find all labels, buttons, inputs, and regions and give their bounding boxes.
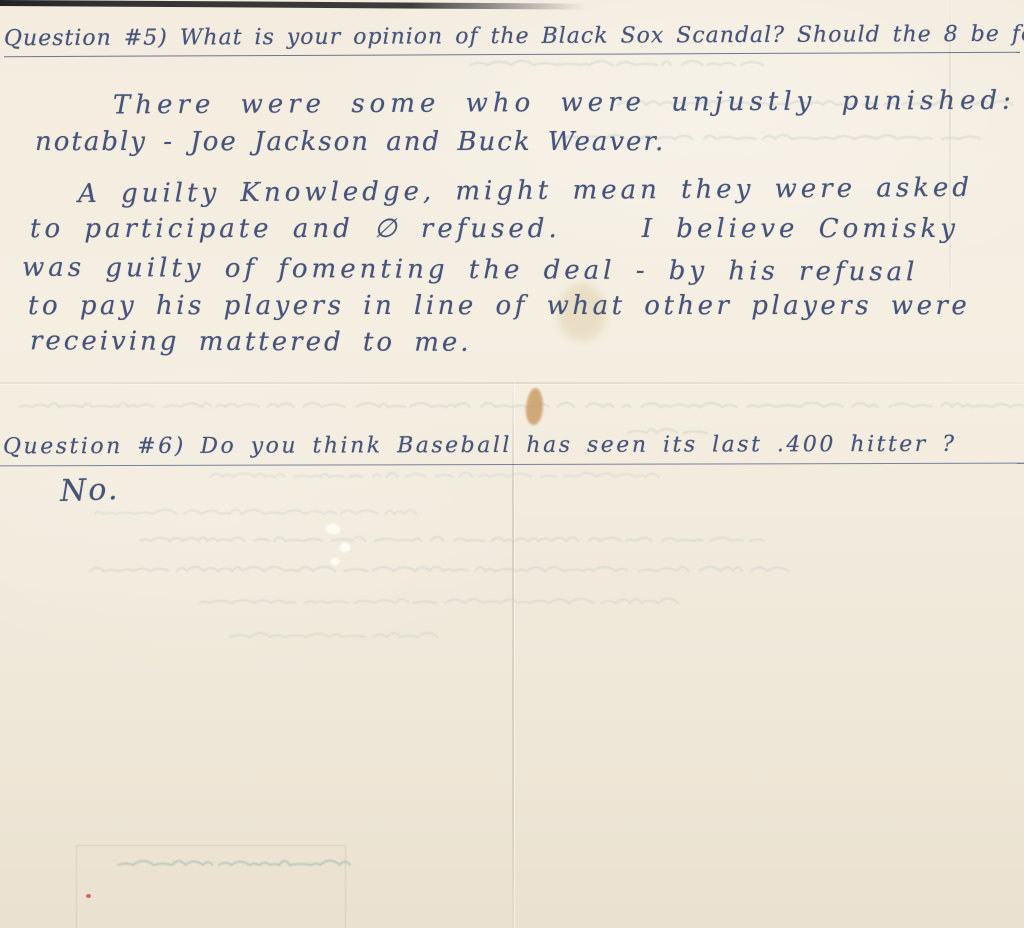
ink-bleedthrough-line xyxy=(230,628,430,644)
fold-crease-horizontal xyxy=(0,382,1024,384)
scanned-page: Question #5) What is your opinion of the… xyxy=(0,0,1024,928)
question-6-line: Question #6) Do you think Baseball has s… xyxy=(0,432,1024,467)
ink-dot xyxy=(86,894,91,898)
answer-5-line: to pay his players in line of what other… xyxy=(28,291,970,321)
paper-damage-speck xyxy=(340,543,350,552)
answer-5-line: notably - Joe Jackson and Buck Weaver. xyxy=(35,127,665,157)
answer-5-line: was guilty of fomenting the deal - by hi… xyxy=(22,253,919,288)
ink-bleedthrough-line xyxy=(140,532,760,548)
ink-bleedthrough-line xyxy=(90,562,770,578)
ink-bleedthrough-line xyxy=(95,505,425,521)
stain xyxy=(525,387,545,425)
answer-6-text: No. xyxy=(59,472,120,509)
paper-damage-speck xyxy=(326,524,340,534)
paper-damage-speck xyxy=(331,558,339,565)
question-5-line: Question #5) What is your opinion of the… xyxy=(4,22,1020,57)
ink-bleedthrough-line xyxy=(20,398,1005,414)
answer-5-line: A guilty Knowledge, might mean they were… xyxy=(78,173,973,209)
bleedthrough-rectangle xyxy=(76,845,346,928)
ink-bleedthrough-line xyxy=(200,594,680,610)
ink-bleedthrough-line xyxy=(210,468,650,484)
ink-bleedthrough-line xyxy=(470,56,770,72)
answer-5-line: to participate and ∅ refused. I believe … xyxy=(30,214,959,244)
answer-5-line: receiving mattered to me. xyxy=(30,326,472,358)
scan-edge-artifact xyxy=(0,0,586,10)
answer-5-line: There were some who were unjustly punish… xyxy=(113,86,1016,121)
